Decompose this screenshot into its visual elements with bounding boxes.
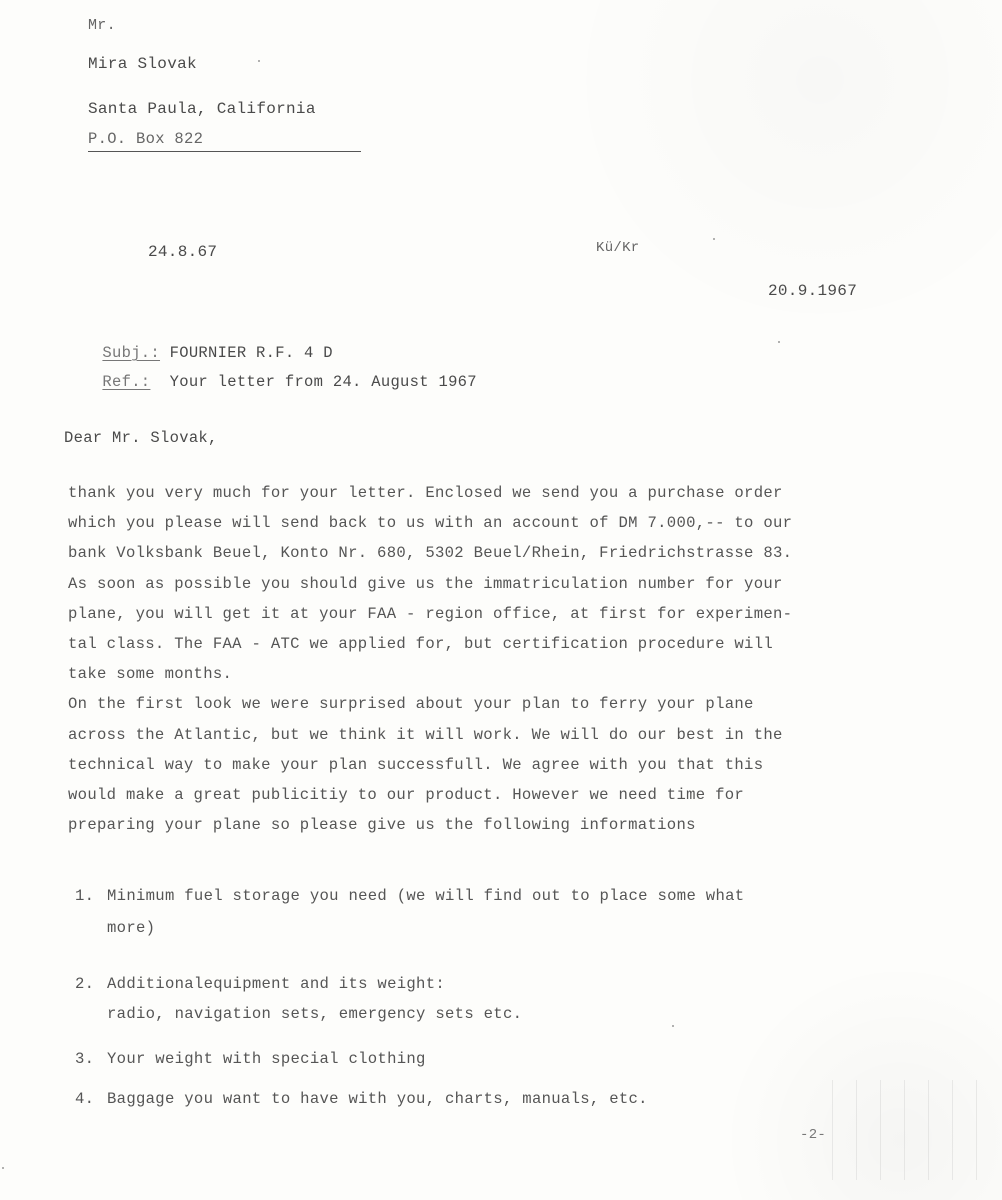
recipient-title: Mr. [88, 18, 116, 33]
reference-label: Ref.: [102, 373, 150, 391]
list-item-text: more) [107, 921, 155, 937]
body-line: would make a great publicitiy to our pro… [68, 788, 744, 804]
their-letter-date: 24.8.67 [148, 244, 217, 260]
body-line: take some months. [68, 667, 232, 683]
paper-speck [672, 1025, 674, 1027]
body-line: across the Atlantic, but we think it wil… [68, 728, 783, 744]
body-line: thank you very much for your letter. Enc… [68, 486, 783, 502]
list-item-text: radio, navigation sets, emergency sets e… [107, 1007, 522, 1023]
list-item-text: Additionalequipment and its weight: [107, 977, 445, 993]
list-item-number: 2. [75, 977, 94, 993]
body-line: preparing your plane so please give us t… [68, 818, 696, 834]
recipient-city: Santa Paula, California [88, 101, 316, 117]
list-item-text: Baggage you want to have with you, chart… [107, 1092, 648, 1108]
body-line: bank Volksbank Beuel, Konto Nr. 680, 530… [68, 546, 792, 562]
paper-speck [258, 60, 260, 62]
body-line: which you please will send back to us wi… [68, 516, 792, 532]
letter-page: Mr. Mira Slovak Santa Paula, California … [0, 0, 1002, 1200]
recipient-po-box: P.O. Box 822 [88, 132, 203, 148]
faint-stamp-mark [820, 1080, 980, 1180]
paper-speck [713, 238, 715, 240]
paper-speck [2, 1167, 4, 1169]
letter-date: 20.9.1967 [768, 283, 857, 299]
list-item-number: 4. [75, 1092, 94, 1108]
recipient-name: Mira Slovak [88, 56, 197, 72]
list-item-number: 1. [75, 889, 94, 905]
paper-speck [778, 341, 780, 343]
reference-initials: Kü/Kr [596, 241, 640, 255]
reference-line: Ref.: Your letter from 24. August 1967 [64, 359, 477, 406]
body-line: On the first look we were surprised abou… [68, 697, 754, 713]
list-item-number: 3. [75, 1052, 94, 1068]
address-underline [88, 151, 361, 152]
list-item-text: Your weight with special clothing [107, 1052, 426, 1068]
body-line: plane, you will get it at your FAA - reg… [68, 607, 792, 623]
list-item-text: Minimum fuel storage you need (we will f… [107, 889, 744, 905]
reference-value: Your letter from 24. August 1967 [170, 373, 477, 391]
greeting: Dear Mr. Slovak, [64, 431, 218, 447]
body-line: tal class. The FAA - ATC we applied for,… [68, 637, 773, 653]
body-line: As soon as possible you should give us t… [68, 577, 783, 593]
body-line: technical way to make your plan successf… [68, 758, 763, 774]
